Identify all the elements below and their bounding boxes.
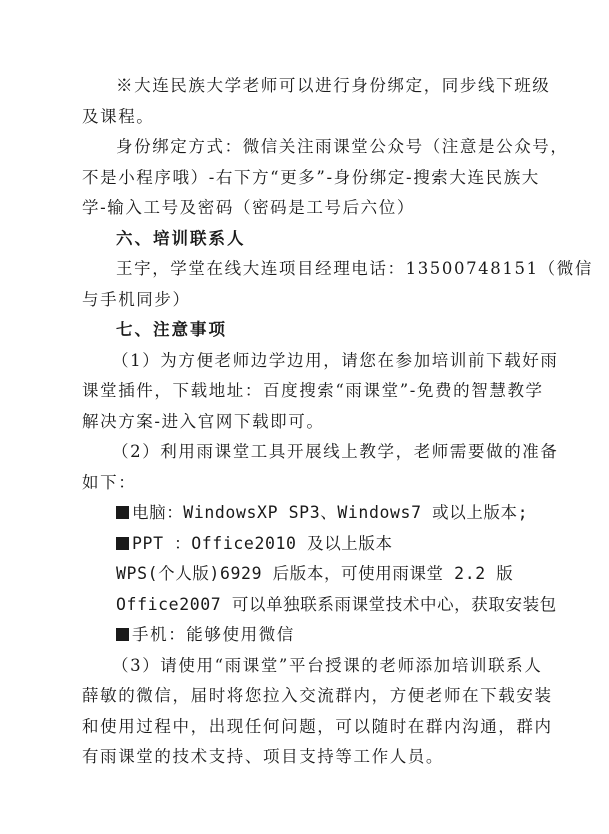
requirement-ppt: PPT ：Office2010 及以上版本: [82, 529, 540, 560]
binding-method-paragraph: 身份绑定方式：微信关注雨课堂公众号（注意是公众号， 不是小程序哦）-右下方“更多…: [82, 132, 540, 224]
text-line: （3）请使用“雨课堂”平台授课的老师添加培训联系人: [82, 651, 540, 682]
text-line: 解决方案-进入官网下载即可。: [82, 407, 540, 438]
text-line: 身份绑定方式：微信关注雨课堂公众号（注意是公众号，: [82, 132, 540, 163]
text-line: 有雨课堂的技术支持、项目支持等工作人员。: [82, 742, 540, 773]
requirement-text: 电脑：WindowsXP SP3、Windows7 或以上版本;: [132, 503, 528, 522]
requirement-text: PPT ：Office2010 及以上版本: [132, 534, 393, 553]
section-heading: 七、注意事项: [82, 315, 540, 346]
text-line: 与手机同步）: [82, 285, 540, 316]
square-bullet-icon: [116, 537, 129, 550]
section-7-notes: 七、注意事项 （1）为方便老师边学边用，请您在参加培训前下载好雨 课堂插件，下载…: [82, 315, 540, 773]
square-bullet-icon: [116, 506, 129, 519]
note-item-3: （3）请使用“雨课堂”平台授课的老师添加培训联系人 薛敏的微信，届时将您拉入交流…: [82, 651, 540, 773]
note-item-1: （1）为方便老师边学边用，请您在参加培训前下载好雨 课堂插件，下载地址：百度搜索…: [82, 346, 540, 438]
text-line: 课堂插件，下载地址：百度搜索“雨课堂”-免费的智慧教学: [82, 376, 540, 407]
text-line: 及课程。: [82, 102, 540, 133]
text-line: （1）为方便老师边学边用，请您在参加培训前下载好雨: [82, 346, 540, 377]
note-item-2: （2）利用雨课堂工具开展线上教学，老师需要做的准备 如下： 电脑：Windows…: [82, 437, 540, 651]
requirement-wps: WPS(个人版)6929 后版本，可使用雨课堂 2.2 版: [82, 559, 540, 590]
text-line: 如下：: [82, 468, 540, 499]
document-page: ※大连民族大学老师可以进行身份绑定，同步线下班级 及课程。 身份绑定方式：微信关…: [82, 71, 540, 773]
square-bullet-icon: [116, 628, 129, 641]
text-line: 学-输入工号及密码（密码是工号后六位）: [82, 193, 540, 224]
requirement-computer: 电脑：WindowsXP SP3、Windows7 或以上版本;: [82, 498, 540, 529]
requirement-text: 手机：能够使用微信: [132, 625, 295, 644]
text-line: 王宇，学堂在线大连项目经理电话：13500748151（微信: [82, 254, 540, 285]
text-line: 不是小程序哦）-右下方“更多”-身份绑定-搜索大连民族大: [82, 163, 540, 194]
text-line: 和使用过程中，出现任何问题，可以随时在群内沟通，群内: [82, 712, 540, 743]
binding-note-paragraph: ※大连民族大学老师可以进行身份绑定，同步线下班级 及课程。: [82, 71, 540, 132]
requirement-office2007: Office2007 可以单独联系雨课堂技术中心，获取安装包: [82, 590, 540, 621]
text-line: ※大连民族大学老师可以进行身份绑定，同步线下班级: [82, 71, 540, 102]
section-heading: 六、培训联系人: [82, 224, 540, 255]
text-line: 薛敏的微信，届时将您拉入交流群内，方便老师在下载安装: [82, 681, 540, 712]
requirement-phone: 手机：能够使用微信: [82, 620, 540, 651]
text-line: （2）利用雨课堂工具开展线上教学，老师需要做的准备: [82, 437, 540, 468]
section-6-training-contact: 六、培训联系人 王宇，学堂在线大连项目经理电话：13500748151（微信 与…: [82, 224, 540, 316]
